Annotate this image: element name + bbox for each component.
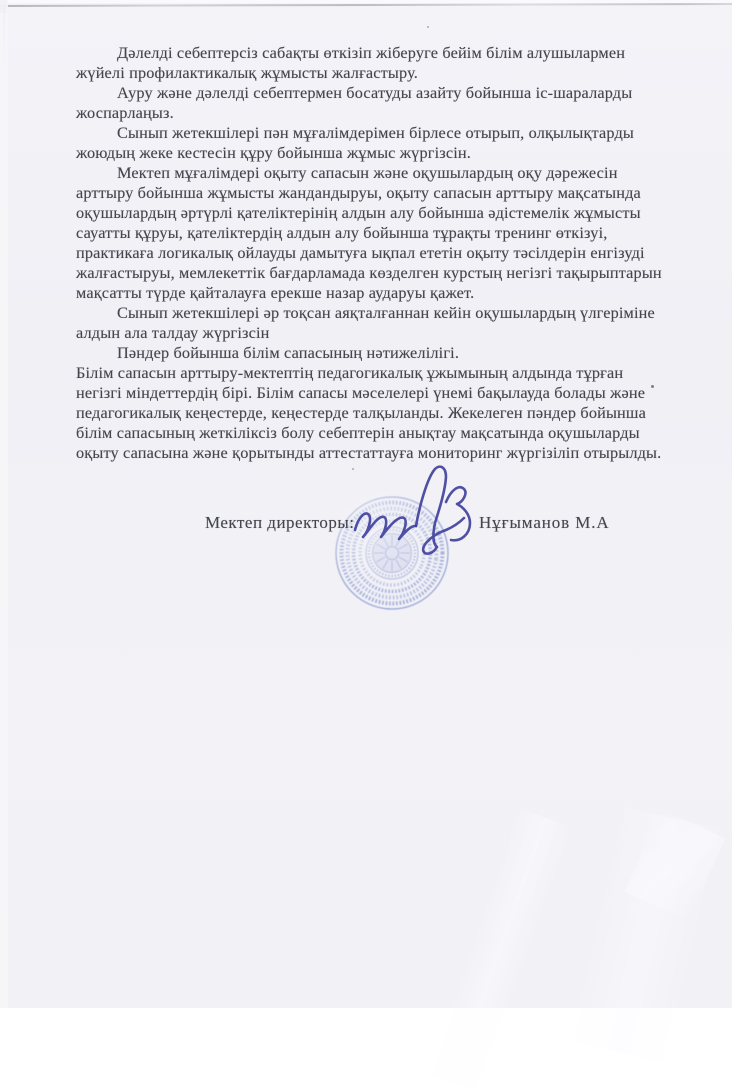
handwritten-signature-ink (343, 460, 488, 568)
text-line: арттыру бойынша жұмысты жандандыруы, оқы… (76, 183, 676, 203)
text-line: жоспарлаңыз. (76, 103, 676, 123)
text-line: Дәлелді себептерсіз сабақты өткізіп жібе… (76, 43, 676, 63)
text-line: білім сапасының жеткіліксіз болу себепте… (76, 423, 676, 443)
text-line: оқушылардың әртүрлі қателіктерінің алдын… (76, 203, 676, 223)
text-line: сауатты құруы, қателіктердің алдын алу б… (76, 223, 676, 243)
document-body-text: Дәлелді себептерсіз сабақты өткізіп жібе… (76, 43, 676, 463)
scan-left-strip (0, 0, 8, 1008)
text-line: мақсатты түрде қайталауға ерекше назар а… (76, 283, 676, 303)
text-line: жүйелі профилактикалық жұмысты жалғастыр… (76, 63, 676, 83)
text-line: алдын ала талдау жүргізсін (76, 323, 676, 343)
director-title-label: Мектеп директоры: (205, 512, 354, 533)
paper-crease (426, 808, 574, 1008)
text-line: практикаға логикалық ойлауды дамытуға ық… (76, 243, 676, 263)
text-line: Білім сапасын арттыру-мектептің педагоги… (76, 363, 676, 383)
text-line: Сынып жетекшілері пән мұғалімдерімен бір… (76, 123, 676, 143)
text-line: Пәндер бойынша білім сапасының нәтижеліл… (76, 343, 676, 363)
text-line: жалғастыруы, мемлекеттік бағдарламада кө… (76, 263, 676, 283)
text-line: Мектеп мұғалімдері оқыту сапасын және оқ… (76, 163, 676, 183)
scanned-document-page: Дәлелді себептерсіз сабақты өткізіп жібе… (0, 0, 732, 1008)
text-line: жоюдың жеке кестесін құру бойынша жұмыс … (76, 143, 676, 163)
director-name: Нұғыманов М.А (479, 512, 610, 533)
scan-edge-top-line (0, 3, 732, 7)
scan-speck (427, 26, 429, 28)
text-line: Сынып жетекшілері әр тоқсан аяқталғаннан… (76, 303, 676, 323)
text-line: негізгі міндеттердің бірі. Білім сапасы … (76, 383, 676, 403)
text-line: Ауру және дәлелді себептермен босатуды а… (76, 83, 676, 103)
text-line: педагогикалық кеңестерде, кеңестерде тал… (76, 403, 676, 423)
